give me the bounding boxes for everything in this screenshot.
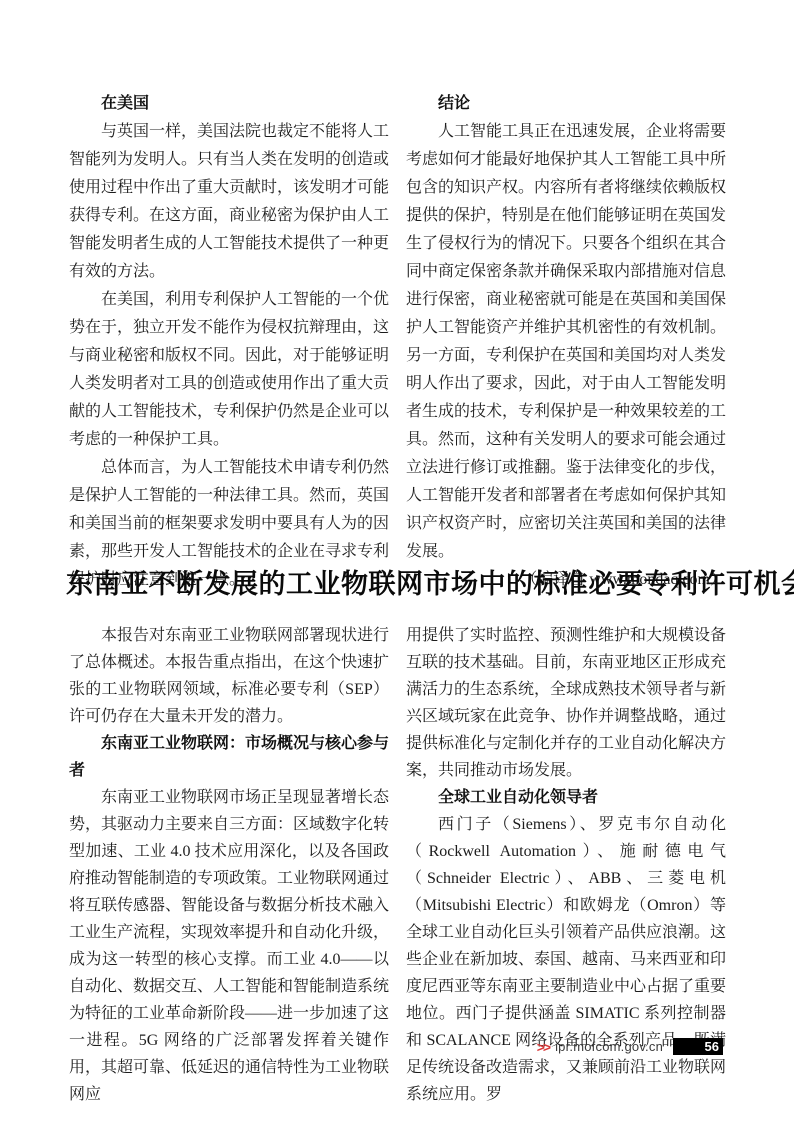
paragraph: 本报告对东南亚工业物联网部署现状进行了总体概述。本报告重点指出，在这个快速扩张的… (69, 622, 389, 730)
subheading-market-overview: 东南亚工业物联网：市场概况与核心参与者 (69, 730, 389, 784)
subheading-in-usa: 在美国 (69, 90, 389, 118)
paragraph: 与英国一样，美国法院也裁定不能将人工智能列为发明人。只有当人类在发明的创造或使用… (69, 118, 389, 286)
document-page: 在美国 与英国一样，美国法院也裁定不能将人工智能列为发明人。只有当人类在发明的创… (0, 0, 794, 1123)
subheading-automation-leaders: 全球工业自动化领导者 (406, 784, 726, 811)
section2-left-column: 本报告对东南亚工业物联网部署现状进行了总体概述。本报告重点指出，在这个快速扩张的… (69, 622, 389, 1108)
article-ai-patent-section: 在美国 与英国一样，美国法院也裁定不能将人工智能列为发明人。只有当人类在发明的创… (69, 90, 726, 594)
paragraph: 东南亚工业物联网市场正呈现显著增长态势，其驱动力主要来自三方面：区域数字化转型加… (69, 784, 389, 1108)
article-title: 东南亚不断发展的工业物联网市场中的标准必要专利许可机会 (66, 568, 728, 600)
subheading-conclusion: 结论 (406, 90, 726, 118)
page-footer: >> ipr.mofcom.gov.cn 56 (537, 1038, 723, 1055)
article-iiot-section: 本报告对东南亚工业物联网部署现状进行了总体概述。本报告重点指出，在这个快速扩张的… (69, 622, 726, 1108)
section2-right-column: 用提供了实时监控、预测性维护和大规模设备互联的技术基础。目前，东南亚地区正形成充… (406, 622, 726, 1108)
page-number-badge: 56 (673, 1038, 723, 1055)
paragraph: 人工智能工具正在迅速发展，企业将需要考虑如何才能最好地保护其人工智能工具中所包含… (406, 118, 726, 566)
double-chevron-icon: >> (537, 1039, 549, 1055)
footer-site-url: ipr.mofcom.gov.cn (555, 1039, 663, 1054)
paragraph: 在美国，利用专利保护人工智能的一个优势在于，独立开发不能作为侵权抗辩理由，这与商… (69, 286, 389, 454)
section1-left-column: 在美国 与英国一样，美国法院也裁定不能将人工智能列为发明人。只有当人类在发明的创… (69, 90, 389, 594)
paragraph: 西门子（Siemens）、罗克韦尔自动化（Rockwell Automation… (406, 811, 726, 1108)
section1-right-column: 结论 人工智能工具正在迅速发展，企业将需要考虑如何才能最好地保护其人工智能工具中… (406, 90, 726, 594)
paragraph-continuation: 用提供了实时监控、预测性维护和大规模设备互联的技术基础。目前，东南亚地区正形成充… (406, 622, 726, 784)
